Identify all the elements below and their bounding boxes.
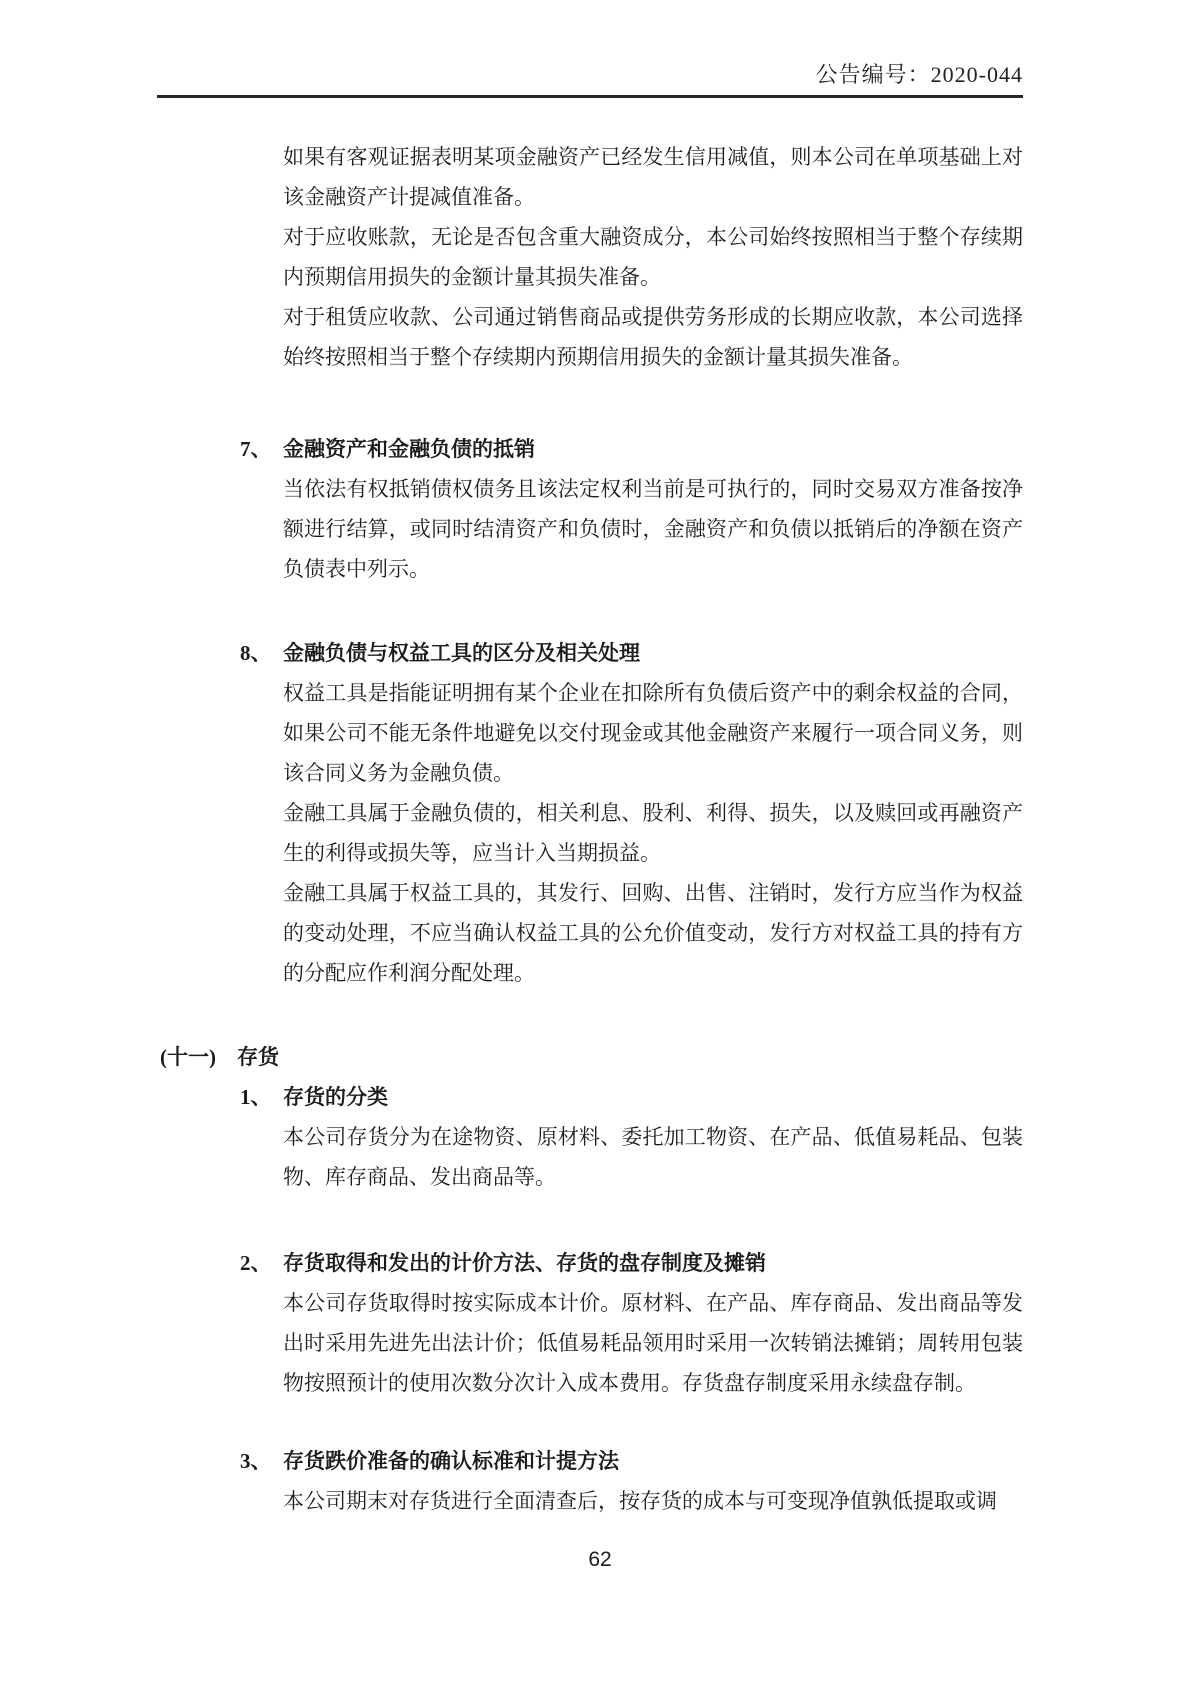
section-11-item-1-title: 存货的分类: [283, 1085, 388, 1109]
section-11-item-2-number: 2、: [240, 1243, 283, 1283]
section-11-item-1-heading: 1、存货的分类: [158, 1077, 1023, 1117]
header-doc-number: 公告编号：2020-044: [158, 58, 1023, 89]
document-page: 公告编号：2020-044 如果有客观证据表明某项金融资产已经发生信用减值，则本…: [0, 0, 1200, 1696]
item-8-paragraph: 金融工具属于金融负债的，相关利息、股利、利得、损失，以及赎回或再融资产生的利得或…: [283, 793, 1023, 873]
section-11-item-3-heading: 3、存货跌价准备的确认标准和计提方法: [158, 1441, 1023, 1481]
item-8-paragraph: 权益工具是指能证明拥有某个企业在扣除所有负债后资产中的剩余权益的合同，如果公司不…: [283, 673, 1023, 793]
item-8-number: 8、: [240, 633, 283, 673]
section-11-number: (十一): [160, 1037, 237, 1077]
item-8-paragraph: 金融工具属于权益工具的，其发行、回购、出售、注销时，发行方应当作为权益的变动处理…: [283, 873, 1023, 993]
item-7-number: 7、: [240, 429, 283, 469]
section-11-item-3-number: 3、: [240, 1441, 283, 1481]
page-content: 如果有客观证据表明某项金融资产已经发生信用减值，则本公司在单项基础上对该金融资产…: [158, 137, 1023, 1521]
item-8-title: 金融负债与权益工具的区分及相关处理: [283, 641, 640, 665]
section-11-title: 存货: [237, 1045, 279, 1069]
section-11-item-2-heading: 2、存货取得和发出的计价方法、存货的盘存制度及摊销: [158, 1243, 1023, 1283]
section-11-item-2-title: 存货取得和发出的计价方法、存货的盘存制度及摊销: [283, 1251, 766, 1275]
item-8-heading: 8、金融负债与权益工具的区分及相关处理: [158, 633, 1023, 673]
section-11-item-2-paragraph: 本公司存货取得时按实际成本计价。原材料、在产品、库存商品、发出商品等发出时采用先…: [283, 1283, 1023, 1403]
section-11-item-1-number: 1、: [240, 1077, 283, 1117]
header-rule: [157, 95, 1023, 98]
intro-paragraph: 如果有客观证据表明某项金融资产已经发生信用减值，则本公司在单项基础上对该金融资产…: [283, 137, 1023, 217]
item-7-heading: 7、金融资产和金融负债的抵销: [158, 429, 1023, 469]
intro-paragraph: 对于应收账款，无论是否包含重大融资成分，本公司始终按照相当于整个存续期内预期信用…: [283, 217, 1023, 297]
section-11-item-3-title: 存货跌价准备的确认标准和计提方法: [283, 1449, 619, 1473]
item-7-title: 金融资产和金融负债的抵销: [283, 437, 535, 461]
item-7-paragraph: 当依法有权抵销债权债务且该法定权利当前是可执行的，同时交易双方准备按净额进行结算…: [283, 469, 1023, 589]
intro-paragraph: 对于租赁应收款、公司通过销售商品或提供劳务形成的长期应收款，本公司选择始终按照相…: [283, 297, 1023, 377]
section-11-heading: (十一)存货: [158, 1037, 1023, 1077]
section-11-item-3-paragraph: 本公司期末对存货进行全面清查后，按存货的成本与可变现净值孰低提取或调: [283, 1481, 1023, 1521]
page-number: 62: [0, 1548, 1200, 1572]
section-11-item-1-paragraph: 本公司存货分为在途物资、原材料、委托加工物资、在产品、低值易耗品、包装物、库存商…: [283, 1117, 1023, 1197]
